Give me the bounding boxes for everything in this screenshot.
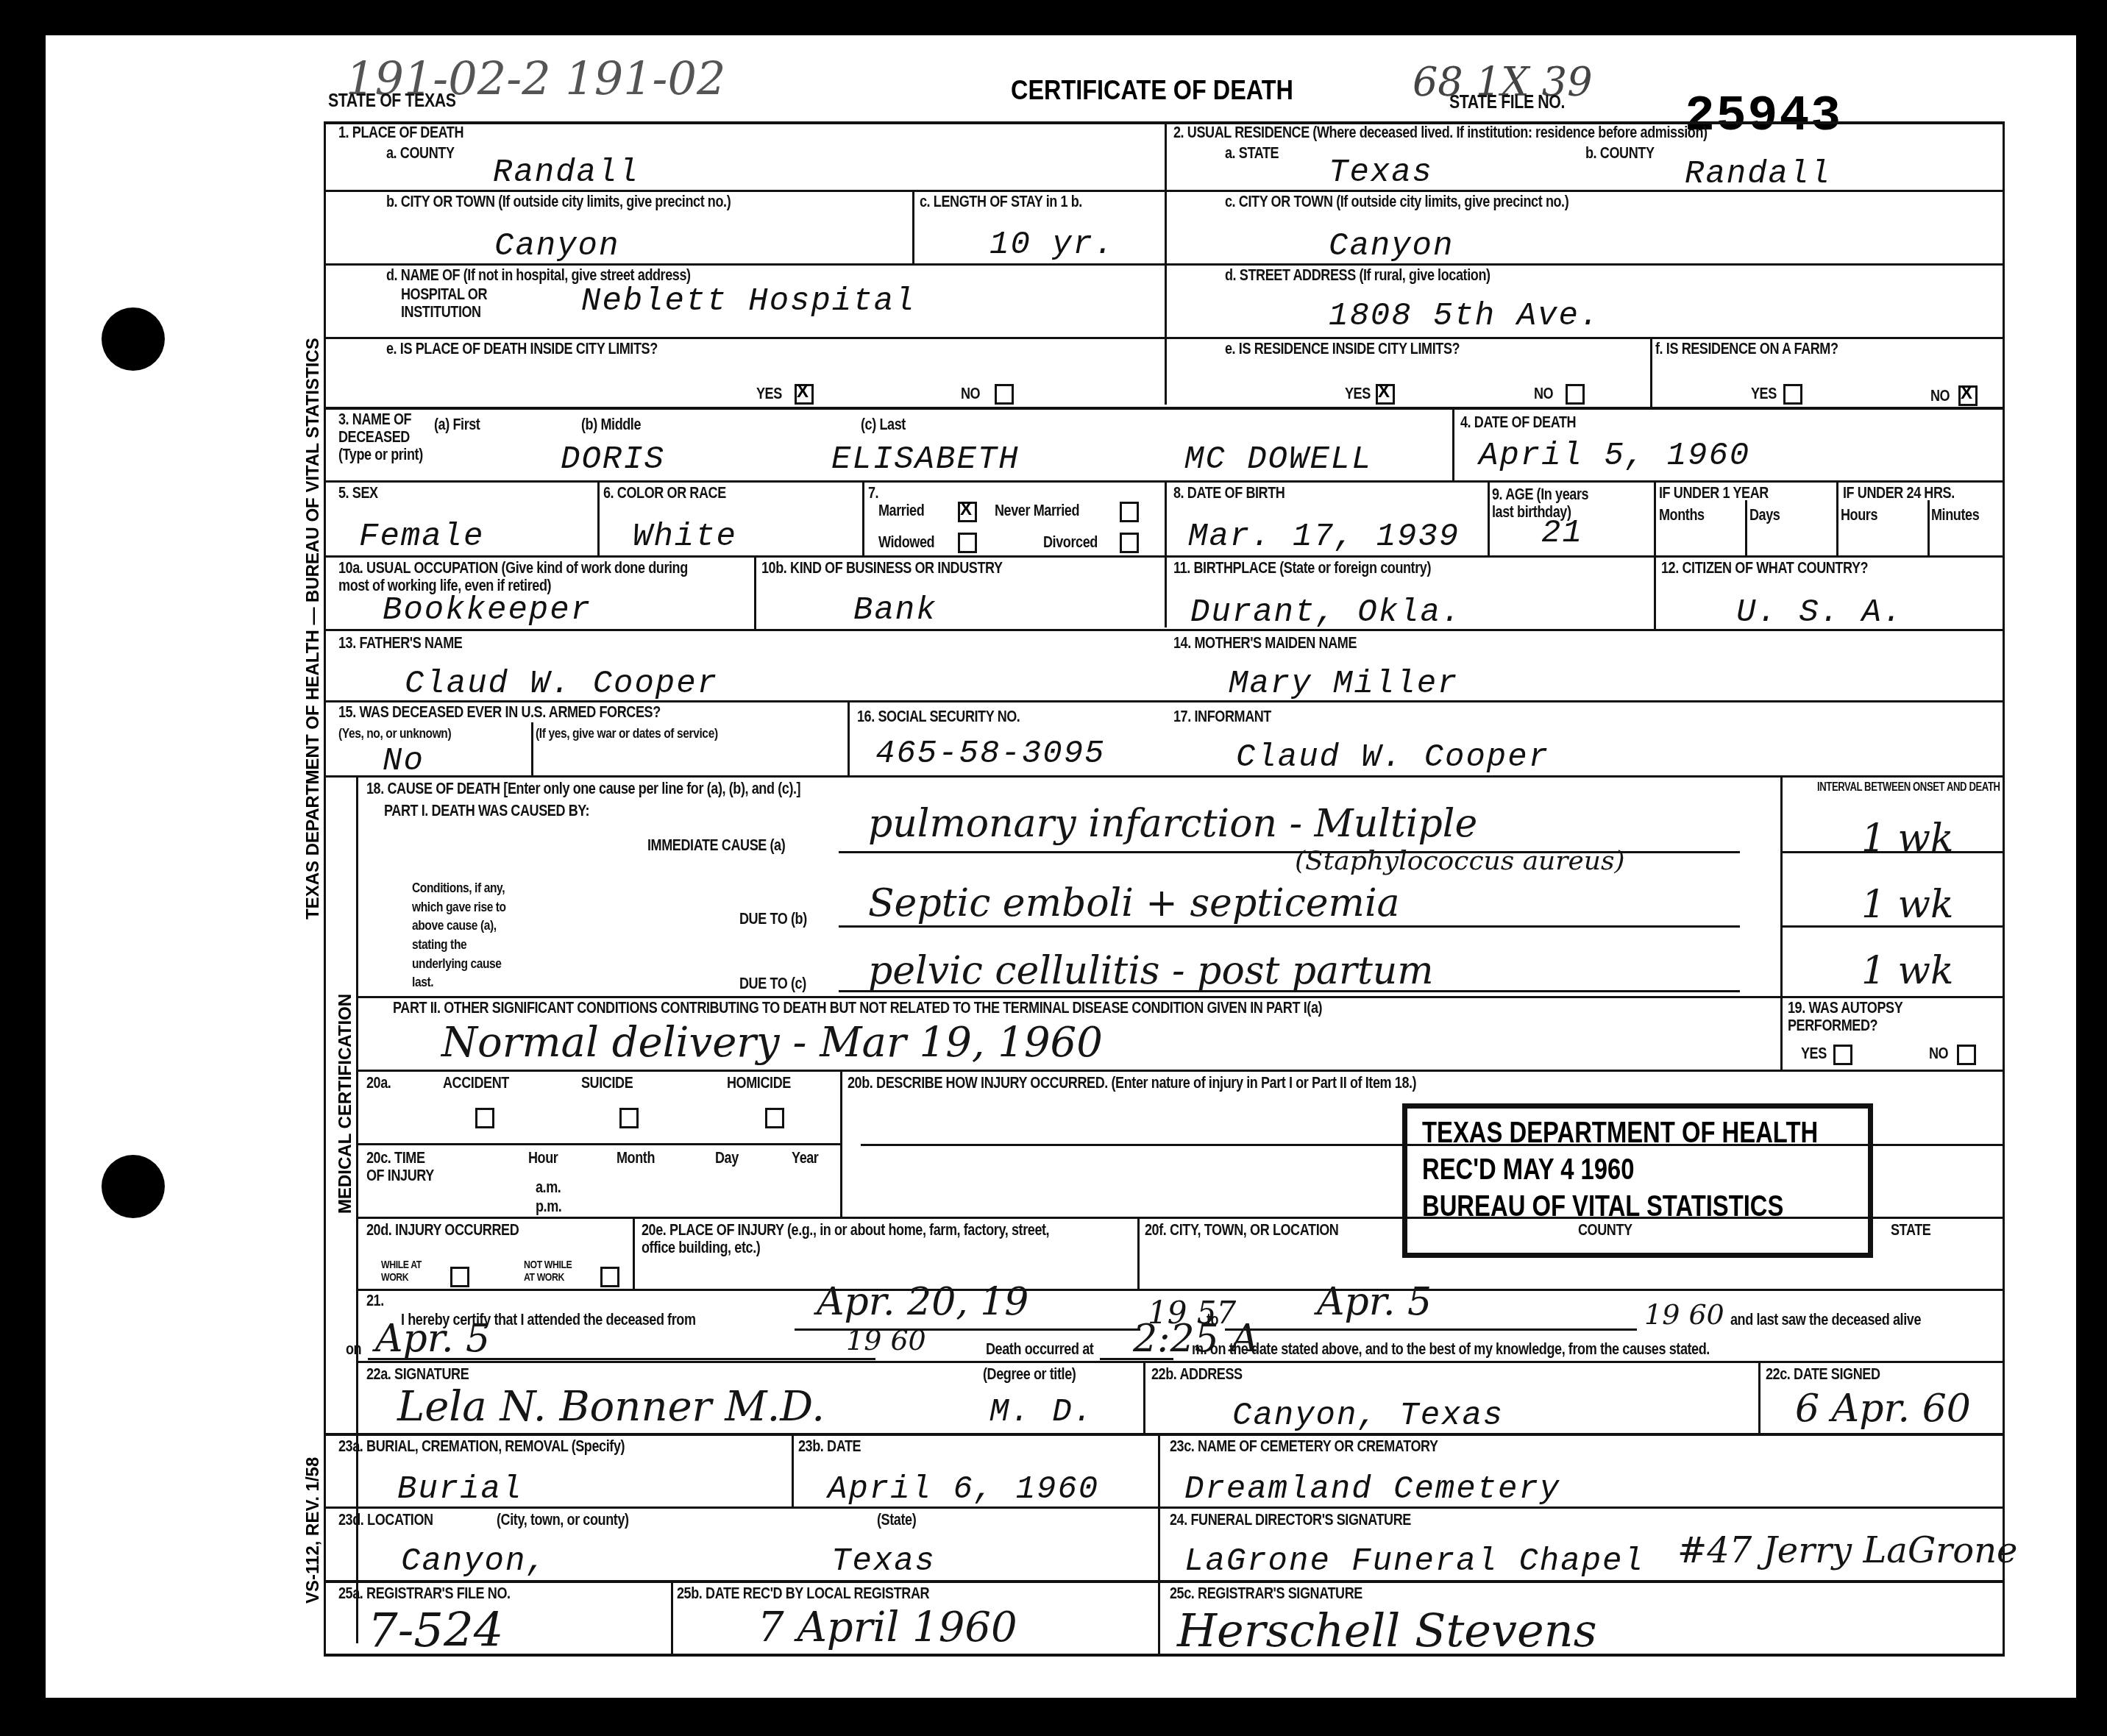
industry-label: 10b. KIND OF BUSINESS OR INDUSTRY — [761, 559, 1003, 577]
physician-address-label: 22b. ADDRESS — [1151, 1365, 1243, 1383]
burial-method-label: 23a. BURIAL, CREMATION, REMOVAL (Specify… — [338, 1437, 625, 1455]
attended-from-date: Apr. 20, 19 — [817, 1280, 1028, 1324]
interval-label: INTERVAL BETWEEN ONSET AND DEATH — [1817, 781, 2000, 794]
married-checkbox[interactable] — [958, 502, 977, 522]
row-line — [324, 629, 2005, 631]
yes-label: YES — [1345, 385, 1371, 402]
death-occurred-label: Death occurred at — [986, 1340, 1093, 1358]
on-label: on — [346, 1340, 361, 1358]
divorced-checkbox[interactable] — [1120, 533, 1139, 553]
sex: Female — [359, 519, 484, 555]
divider — [1488, 480, 1490, 555]
injury-type-label: 20a. — [366, 1074, 391, 1092]
divider — [1143, 1361, 1145, 1433]
divider — [1758, 1361, 1760, 1433]
informant-label: 17. INFORMANT — [1173, 708, 1271, 725]
frame-right — [2003, 121, 2005, 1655]
certificate-number: 25943 — [1685, 88, 1842, 145]
burial-location-state: Texas — [831, 1543, 936, 1580]
name-label: 3. NAME OF DECEASED (Type or print) — [338, 410, 429, 464]
cause-organism-note: (Staphylococcus aureus) — [1295, 846, 1625, 876]
yes-label: YES — [1751, 385, 1777, 402]
not-while-at-work-checkbox[interactable] — [600, 1267, 619, 1287]
divider — [848, 700, 850, 775]
res-inside-limits-yes-checkbox[interactable] — [1376, 384, 1395, 405]
local-registrar-date: 7 April 1960 — [758, 1604, 1017, 1651]
department-side-text: TEXAS DEPARTMENT OF HEALTH — BUREAU OF V… — [303, 338, 324, 919]
place-of-death-label: 1. PLACE OF DEATH — [338, 124, 463, 141]
dob-label: 8. DATE OF BIRTH — [1173, 484, 1285, 502]
month-label: Month — [617, 1149, 655, 1167]
mother-maiden-name: Mary Miller — [1229, 666, 1458, 702]
due-to-c-label: DUE TO (c) — [739, 975, 806, 992]
divider — [1650, 337, 1652, 407]
part2-label: PART II. OTHER SIGNIFICANT CONDITIONS CO… — [393, 999, 1322, 1017]
divorced-label: Divorced — [1043, 533, 1098, 551]
due-to-c-cause: pelvic cellulitis - post partum — [868, 949, 1434, 993]
divider — [1780, 775, 1783, 1070]
physician-signature-label: 22a. SIGNATURE — [366, 1365, 469, 1383]
death-county: Randall — [493, 154, 639, 191]
while-at-work-label: WHILE AT WORK — [381, 1259, 423, 1284]
cemetery-name: Dreamland Cemetery — [1184, 1471, 1560, 1508]
fill-line — [368, 1358, 875, 1360]
inside-city-limits-label: e. IS PLACE OF DEATH INSIDE CITY LIMITS? — [386, 340, 658, 357]
informant: Claud W. Cooper — [1236, 739, 1549, 776]
length-of-stay: 10 yr. — [989, 227, 1115, 263]
due-to-b-label: DUE TO (b) — [739, 910, 807, 928]
armed-sub-label: (Yes, no, or unknown) — [338, 727, 451, 742]
res-inside-limits-label: e. IS RESIDENCE INSIDE CITY LIMITS? — [1225, 340, 1460, 357]
social-security-number: 465-58-3095 — [875, 736, 1105, 772]
local-registrar-date-label: 25b. DATE REC'D BY LOCAL REGISTRAR — [677, 1584, 929, 1602]
divider — [840, 1070, 842, 1217]
widowed-checkbox[interactable] — [958, 533, 977, 553]
part1-label: PART I. DEATH WAS CAUSED BY: — [384, 802, 589, 819]
hospital-name: Neblett Hospital — [581, 283, 915, 320]
row-line — [356, 1070, 2004, 1072]
hours-label: Hours — [1841, 506, 1877, 524]
city-label: b. CITY OR TOWN (If outside city limits,… — [386, 193, 731, 210]
usual-residence-label: 2. USUAL RESIDENCE (Where deceased lived… — [1173, 124, 1708, 141]
form-number: VS-112, REV. 1/58 — [303, 1457, 324, 1604]
divider — [633, 1217, 635, 1289]
divider — [754, 555, 756, 629]
suicide-checkbox[interactable] — [619, 1108, 639, 1128]
under-24-label: IF UNDER 24 HRS. — [1843, 484, 1955, 502]
registrar-signature-label: 25c. REGISTRAR'S SIGNATURE — [1170, 1584, 1362, 1602]
divider — [1654, 555, 1656, 629]
res-inside-limits-no-checkbox[interactable] — [1566, 384, 1585, 405]
burial-date-label: 23b. DATE — [798, 1437, 861, 1455]
location-label: 23d. LOCATION — [338, 1511, 433, 1529]
divider — [1654, 480, 1656, 555]
year-label: Year — [792, 1149, 818, 1167]
months-label: Months — [1659, 506, 1705, 524]
hospital-label: d. NAME OF (If not in hospital, give str… — [386, 266, 748, 284]
row-line — [1780, 851, 2005, 853]
last-seen-year: 19 60 — [846, 1324, 926, 1356]
interval-b: 1 wk — [1861, 883, 1954, 927]
res-city: Canyon — [1329, 228, 1454, 265]
part2-condition: Normal delivery - Mar 19, 1960 — [441, 1019, 1103, 1067]
am-label: a.m. — [536, 1178, 561, 1196]
hospital-sublabel: HOSPITAL OR INSTITUTION — [401, 285, 503, 321]
stamp-line-1: TEXAS DEPARTMENT OF HEALTH — [1422, 1114, 1776, 1151]
divider — [1745, 500, 1747, 555]
certificate-title: CERTIFICATE OF DEATH — [1011, 75, 1293, 106]
cause-line — [839, 925, 1740, 928]
birthplace-label: 11. BIRTHPLACE (State or foreign country… — [1173, 559, 1431, 577]
divider — [531, 722, 533, 775]
registrar-signature[interactable]: Herschell Stevens — [1177, 1604, 1596, 1657]
certification-text-3: m. on the date stated above, and to the … — [1192, 1340, 1710, 1358]
place-of-injury-label: 20e. PLACE OF INJURY (e.g., in or about … — [642, 1221, 1058, 1256]
fill-line — [1225, 1328, 1637, 1331]
ssn-label: 16. SOCIAL SECURITY NO. — [857, 708, 1020, 725]
father-label: 13. FATHER'S NAME — [338, 634, 462, 652]
autopsy-yes-checkbox[interactable] — [1833, 1045, 1852, 1065]
degree-label: (Degree or title) — [983, 1365, 1076, 1383]
funeral-home: LaGrone Funeral Chapel — [1184, 1543, 1644, 1580]
row-line — [324, 1433, 2005, 1436]
sex-label: 5. SEX — [338, 484, 378, 502]
row-line — [324, 555, 2005, 558]
armed-service-label: (If yes, give war or dates of service) — [536, 727, 718, 742]
death-city: Canyon — [494, 228, 619, 265]
divider — [1836, 480, 1838, 555]
industry: Bank — [853, 592, 937, 629]
frame-bottom — [324, 1654, 2005, 1657]
burial-method: Burial — [397, 1471, 522, 1508]
row-line — [324, 1580, 2005, 1583]
middle-name: ELISABETH — [831, 441, 1020, 478]
divider — [912, 190, 914, 263]
divider — [792, 1433, 794, 1506]
row-line — [324, 407, 2005, 410]
middle-name-label: (b) Middle — [581, 416, 641, 433]
registrar-file-label: 25a. REGISTRAR'S FILE NO. — [338, 1584, 511, 1602]
autopsy-no-checkbox[interactable] — [1957, 1045, 1976, 1065]
last-name-label: (c) Last — [861, 416, 906, 433]
funeral-director-label: 24. FUNERAL DIRECTOR'S SIGNATURE — [1170, 1511, 1411, 1529]
res-county: Randall — [1685, 156, 1831, 193]
occupation: Bookkeeper — [383, 592, 591, 629]
interval-c: 1 wk — [1861, 949, 1954, 993]
street-address: 1808 5th Ave. — [1329, 298, 1600, 335]
certification-text-2: and last saw the deceased alive — [1730, 1311, 1921, 1328]
res-state-label: a. STATE — [1225, 144, 1279, 162]
occupation-label: 10a. USUAL OCCUPATION (Give kind of work… — [338, 559, 700, 594]
last-seen-date: Apr. 5 — [375, 1317, 490, 1361]
certification-label: 21. — [366, 1292, 384, 1309]
married-label: Married — [878, 502, 924, 519]
row-line — [356, 1289, 2004, 1291]
mother-label: 14. MOTHER'S MAIDEN NAME — [1173, 634, 1357, 652]
birthplace: Durant, Okla. — [1190, 594, 1462, 631]
divider — [597, 480, 600, 555]
race: White — [633, 519, 737, 555]
cause-label: 18. CAUSE OF DEATH [Enter only one cause… — [366, 780, 800, 797]
no-label: NO — [961, 385, 980, 402]
first-name-label: (a) First — [434, 416, 480, 433]
autopsy-label: 19. WAS AUTOPSY PERFORMED? — [1788, 999, 1963, 1034]
age: 21 — [1541, 515, 1583, 552]
divider — [1927, 500, 1930, 555]
date-signed-label: 22c. DATE SIGNED — [1766, 1365, 1880, 1383]
res-city-label: c. CITY OR TOWN (If outside city limits,… — [1225, 193, 1568, 210]
never-married-checkbox[interactable] — [1120, 502, 1139, 522]
citizenship: U. S. A. — [1736, 594, 1903, 631]
day-label: Day — [715, 1149, 739, 1167]
street-label: d. STREET ADDRESS (If rural, give locati… — [1225, 266, 1490, 284]
widowed-label: Widowed — [878, 533, 934, 551]
location-state-label: (State) — [877, 1511, 916, 1529]
physician-address: Canyon, Texas — [1232, 1398, 1504, 1434]
farm-no-checkbox[interactable] — [1958, 385, 1978, 406]
yes-label: YES — [756, 385, 782, 402]
immediate-cause-label: IMMEDIATE CAUSE (a) — [647, 836, 785, 854]
not-while-at-work-label: NOT WHILE AT WORK — [524, 1259, 572, 1284]
farm-yes-checkbox[interactable] — [1783, 384, 1802, 405]
cause-line — [839, 990, 1740, 992]
divider — [862, 480, 864, 555]
never-married-label: Never Married — [995, 502, 1079, 519]
race-label: 6. COLOR OR RACE — [603, 484, 726, 502]
due-to-b-cause: Septic emboli + septicemia — [868, 881, 1400, 925]
burial-location-city: Canyon, — [401, 1543, 547, 1580]
divider — [1137, 1217, 1140, 1289]
citizen-label: 12. CITIZEN OF WHAT COUNTRY? — [1661, 559, 1868, 577]
row-line — [324, 775, 2005, 778]
farm-label: f. IS RESIDENCE ON A FARM? — [1655, 340, 1838, 357]
injury-state-label: STATE — [1891, 1221, 1930, 1239]
pm-label: p.m. — [536, 1198, 561, 1215]
yes-label: YES — [1801, 1045, 1827, 1062]
hour-label: Hour — [528, 1149, 558, 1167]
punch-hole — [102, 307, 165, 371]
divider — [671, 1580, 673, 1654]
date-of-birth: Mar. 17, 1939 — [1188, 519, 1460, 555]
date-signed: 6 Apr. 60 — [1795, 1387, 1971, 1431]
death-inside-limits-no-checkbox[interactable] — [995, 384, 1014, 405]
injury-occurred-label: 20d. INJURY OCCURRED — [366, 1221, 519, 1239]
punch-hole — [102, 1155, 165, 1218]
divider — [1158, 1433, 1160, 1654]
no-label: NO — [1930, 387, 1950, 405]
minutes-label: Minutes — [1931, 506, 1979, 524]
state-label: STATE OF TEXAS — [328, 90, 456, 111]
cemetery-label: 23c. NAME OF CEMETERY OR CREMATORY — [1170, 1437, 1438, 1455]
suicide-label: SUICIDE — [581, 1074, 633, 1092]
accident-checkbox[interactable] — [475, 1108, 494, 1128]
date-of-death-label: 4. DATE OF DEATH — [1460, 413, 1576, 431]
no-label: NO — [1929, 1045, 1948, 1062]
while-at-work-checkbox[interactable] — [450, 1267, 469, 1287]
armed-forces: No — [383, 743, 424, 780]
time-of-injury-label: 20c. TIME OF INJURY — [366, 1149, 438, 1184]
immediate-cause: pulmonary infarction - Multiple — [868, 802, 1477, 846]
physician-signature[interactable]: Lela N. Bonner M.D. — [397, 1383, 825, 1431]
location-city-label: (City, town, or county) — [497, 1511, 629, 1529]
conditions-note: Conditions, if any, which gave rise to a… — [412, 879, 508, 992]
res-state: Texas — [1329, 154, 1433, 191]
injury-city-label: 20f. CITY, TOWN, OR LOCATION — [1145, 1221, 1338, 1239]
received-stamp: TEXAS DEPARTMENT OF HEALTH REC'D MAY 4 1… — [1402, 1103, 1873, 1258]
under-year-label: IF UNDER 1 YEAR — [1659, 484, 1769, 502]
describe-injury-label: 20b. DESCRIBE HOW INJURY OCCURRED. (Ente… — [848, 1074, 1416, 1092]
burial-date: April 6, 1960 — [828, 1471, 1099, 1508]
stamp-line-3: BUREAU OF VITAL STATISTICS — [1422, 1188, 1776, 1225]
state-file-label: STATE FILE NO. — [1449, 91, 1565, 113]
medical-certification-side-text: MEDICAL CERTIFICATION — [335, 994, 356, 1214]
row-line — [324, 1506, 2005, 1509]
county-label: a. COUNTY — [386, 144, 455, 162]
frame-left — [324, 121, 326, 1655]
death-inside-limits-yes-checkbox[interactable] — [795, 384, 814, 405]
row-line — [356, 1143, 840, 1145]
res-county-label: b. COUNTY — [1585, 144, 1655, 162]
homicide-checkbox[interactable] — [765, 1108, 784, 1128]
physician-degree: M. D. — [989, 1394, 1094, 1431]
funeral-director-signature[interactable]: #47 Jerry LaGrone — [1677, 1530, 2017, 1571]
no-label: NO — [1534, 385, 1553, 402]
stamp-line-2: REC'D MAY 4 1960 — [1422, 1151, 1776, 1188]
marital-label: 7. — [868, 484, 878, 502]
armed-forces-label: 15. WAS DECEASED EVER IN U.S. ARMED FORC… — [338, 703, 661, 721]
days-label: Days — [1749, 506, 1780, 524]
date-of-death: April 5, 1960 — [1479, 438, 1750, 474]
first-name: DORIS — [561, 441, 665, 478]
last-name: MC DOWELL — [1184, 441, 1373, 478]
registrar-file-number: 7-524 — [368, 1604, 504, 1658]
accident-label: ACCIDENT — [443, 1074, 509, 1092]
interval-a: 1 wk — [1861, 817, 1954, 861]
homicide-label: HOMICIDE — [727, 1074, 791, 1092]
row-line — [1780, 925, 2005, 928]
divider — [1452, 407, 1454, 480]
attended-to-date: Apr. 5 — [1317, 1280, 1432, 1324]
divider — [1165, 480, 1167, 627]
attended-to-year: 19 60 — [1644, 1298, 1724, 1331]
row-line — [356, 1361, 2004, 1363]
length-of-stay-label: c. LENGTH OF STAY in 1 b. — [920, 193, 1082, 210]
father-name: Claud W. Cooper — [405, 666, 718, 702]
